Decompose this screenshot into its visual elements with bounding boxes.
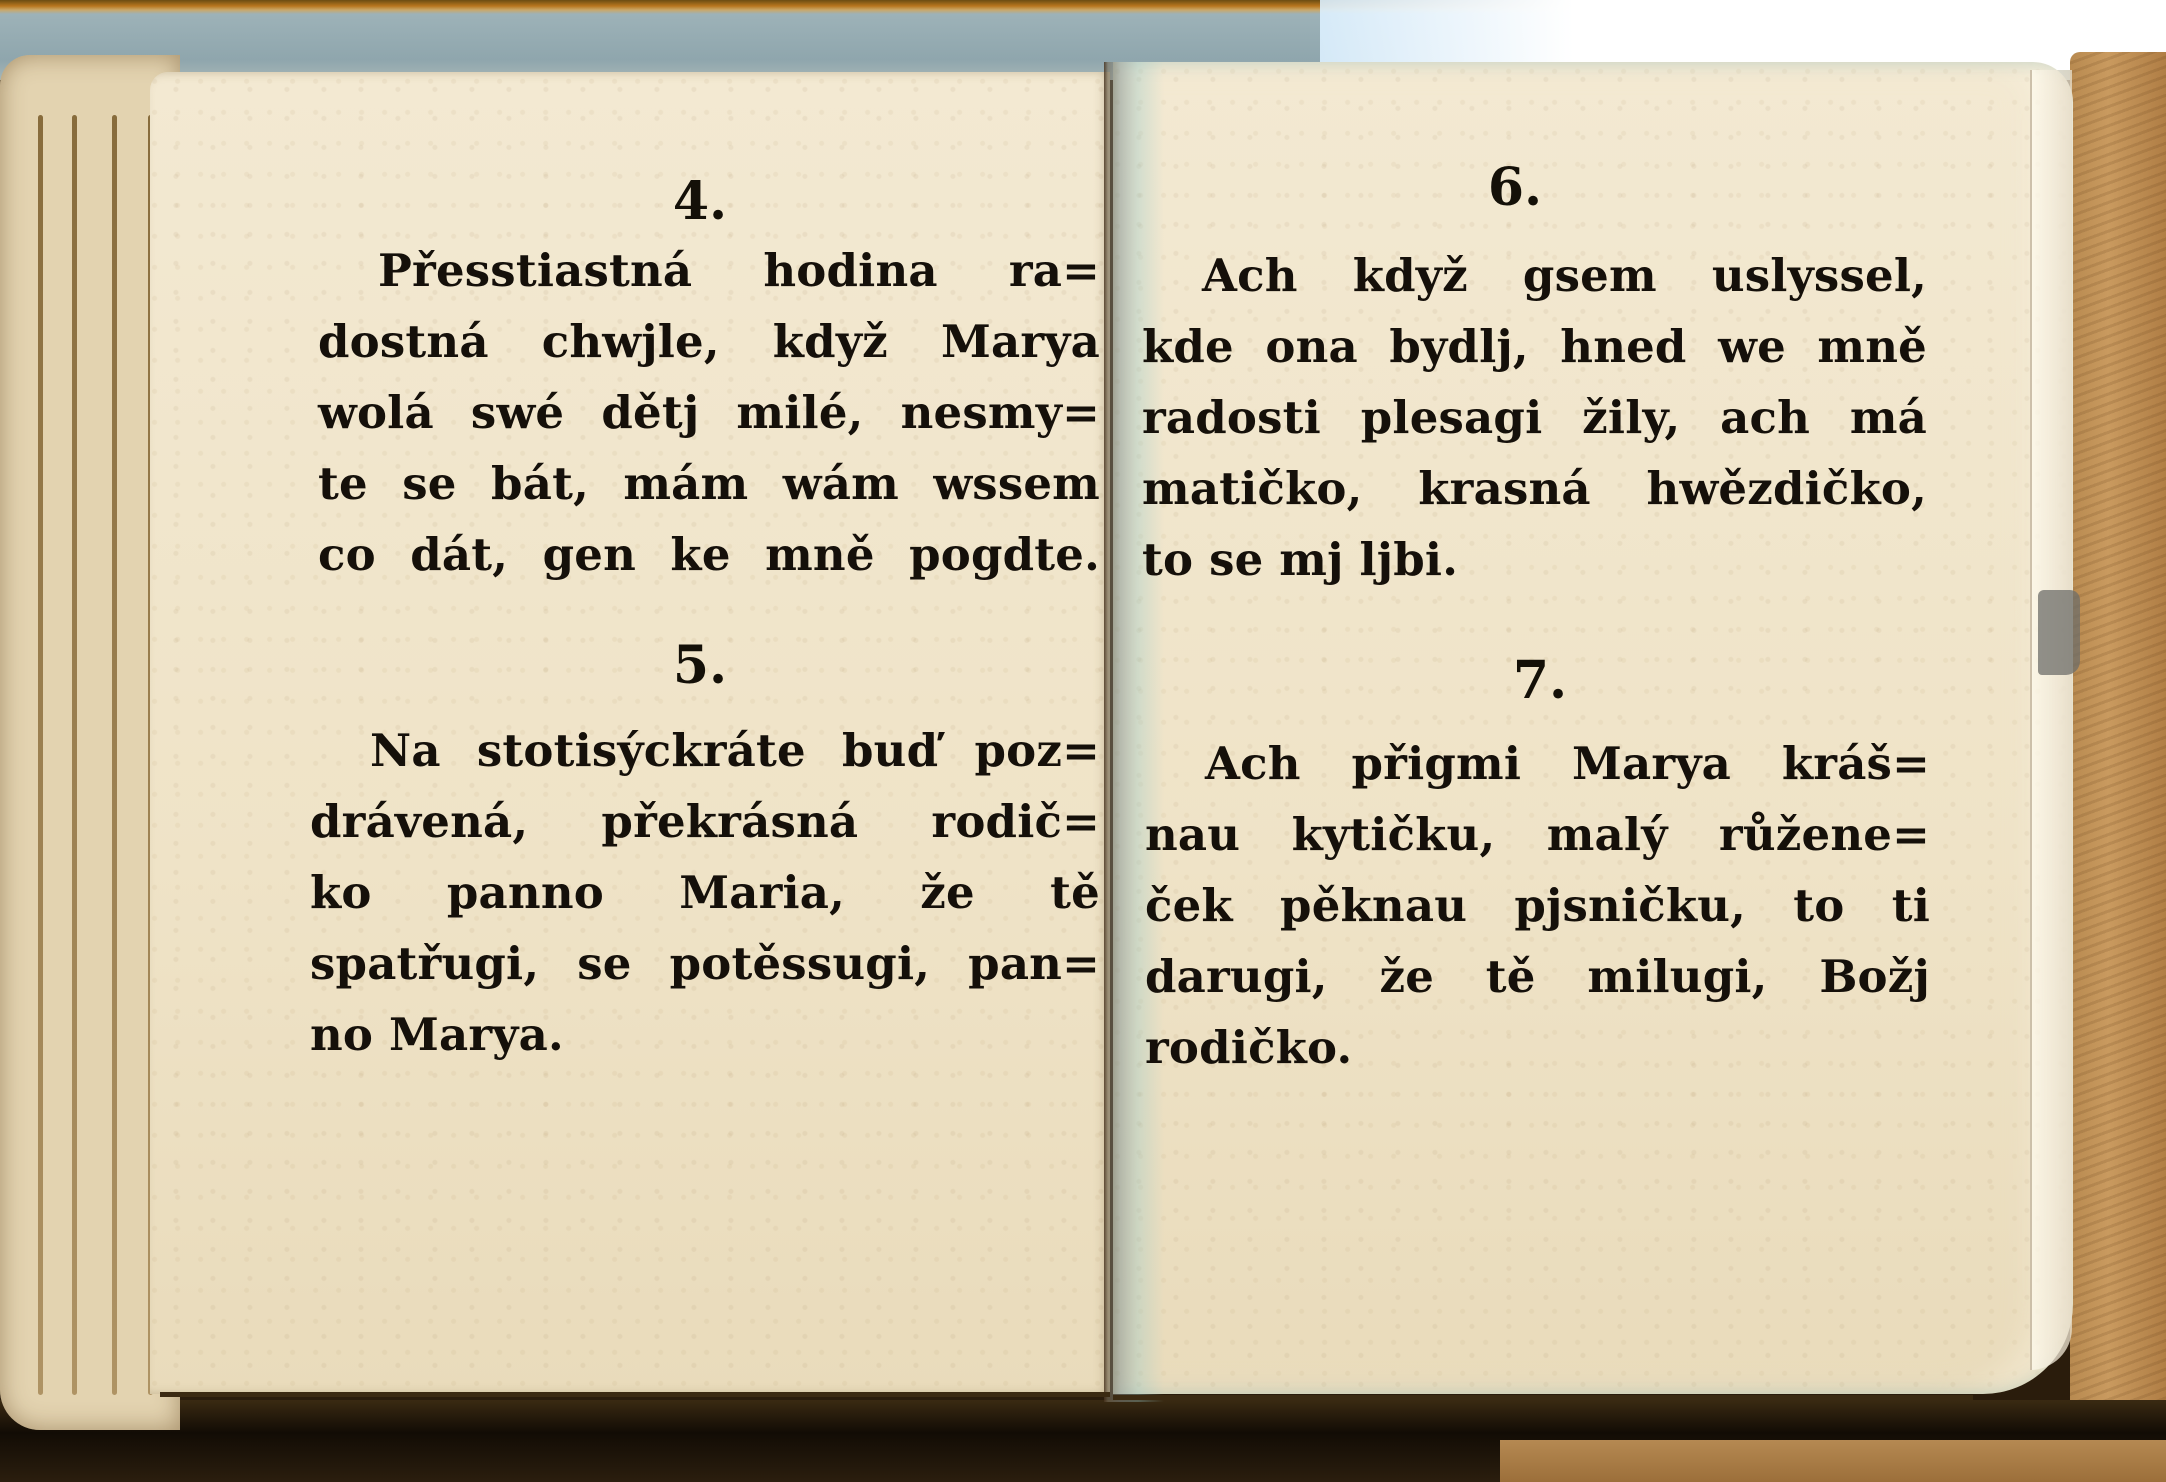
verse-4: Přesstiastná hodina ra= dostná chwjle, k…: [318, 235, 1100, 590]
verse-line: ko panno Maria, že tě: [310, 857, 1100, 928]
page-edge-line: [38, 115, 43, 1395]
verse-line: Ach přigmi Marya kráš=: [1145, 728, 1930, 799]
verse-line: Na stotisýckráte buď poz=: [310, 715, 1100, 786]
verse-line: wolá swé dětj milé, nesmy=: [318, 377, 1100, 448]
cover-board-bottom: [1500, 1440, 2166, 1482]
verse-line: rodičko.: [1145, 1012, 1930, 1083]
verse-line: matičko, krasná hwězdičko,: [1142, 453, 1927, 524]
verse-line: Přesstiastná hodina ra=: [318, 235, 1100, 306]
page-edge-line: [112, 115, 117, 1395]
verse-line: radosti plesagi žily, ach má: [1142, 382, 1927, 453]
verse-line: ček pěknau pjsničku, to ti: [1145, 870, 1930, 941]
verse-number-6: 6.: [1455, 162, 1575, 214]
left-page-bottom-edge: [160, 1392, 1110, 1397]
verse-number-4: 4.: [640, 176, 760, 228]
verse-line: to se mj ljbi.: [1142, 524, 1927, 595]
verse-number-5: 5.: [640, 640, 760, 692]
verse-line: dostná chwjle, když Marya: [318, 306, 1100, 377]
verse-line: no Marya.: [310, 999, 1100, 1070]
verse-line: spatřugi, se potěssugi, pan=: [310, 928, 1100, 999]
verse-line: drávená, překrásná rodič=: [310, 786, 1100, 857]
verse-number-7: 7.: [1480, 655, 1600, 707]
verse-line: co dát, gen ke mně pogdte.: [318, 519, 1100, 590]
verse-7: Ach přigmi Marya kráš= nau kytičku, malý…: [1145, 728, 1930, 1083]
verse-5: Na stotisýckráte buď poz= drávená, překr…: [310, 715, 1100, 1070]
scanner-glare: [1320, 0, 2166, 70]
verse-line: Ach když gsem uslyssel,: [1142, 240, 1927, 311]
page-edge-line: [72, 115, 77, 1395]
verse-line: kde ona bydlj, hned we mně: [1142, 311, 1927, 382]
right-page-bottom-edge: [1113, 1395, 1973, 1400]
cover-board-right: [2070, 52, 2166, 1482]
verse-line: nau kytičku, malý růžene=: [1145, 799, 1930, 870]
right-page-edge-fold: [2030, 70, 2072, 1370]
verse-line: te se bát, mám wám wssem: [318, 448, 1100, 519]
stain: [2038, 590, 2080, 675]
verse-line: darugi, že tě milugi, Božj: [1145, 941, 1930, 1012]
verse-6: Ach když gsem uslyssel, kde ona bydlj, h…: [1142, 240, 1927, 595]
